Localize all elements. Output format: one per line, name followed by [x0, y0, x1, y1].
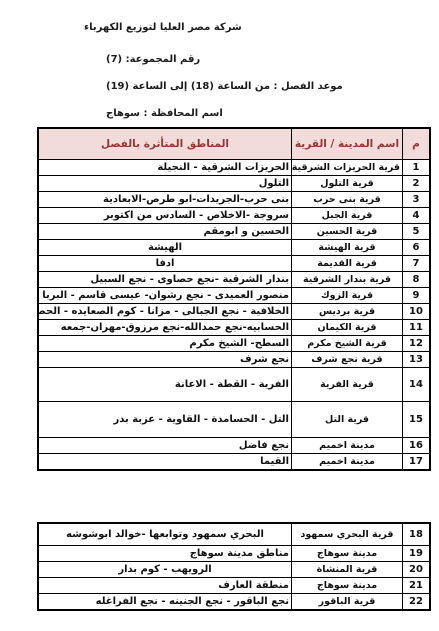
- column-header-affected-areas: المناطق المتأثرة بالفصل: [38, 128, 292, 160]
- affected-areas-cell: الرويهب - كوم بدار: [38, 562, 292, 578]
- table-row: 19مدينة سوهاجمناطق مدينة سوهاج: [38, 546, 430, 562]
- table-row: 6قرية الهيشةالهيشة: [38, 240, 430, 256]
- document-header: شركة مصر العليا لتوزيع الكهرباء رقم المج…: [0, 0, 439, 119]
- table-row: 15قرية التلالتل - الحسامدة - القاوية - ع…: [38, 402, 430, 438]
- affected-areas-cell: السطح- الشيخ مكرم: [38, 336, 292, 352]
- city-name-cell: قرية بنى حرب: [292, 192, 403, 208]
- outage-table-continued: 18قرية البحري سمهودالبحري سمهود وتوابعها…: [37, 522, 431, 611]
- table-row: 8قرية بندار الشرقيةبندار الشرقية -نجع حص…: [38, 272, 430, 288]
- city-name-cell: قرية الشيخ مكرم: [292, 336, 403, 352]
- table-row: 13قرية نجع شرفنجع شرف: [38, 352, 430, 368]
- city-name-cell: قرية الكيمان: [292, 320, 403, 336]
- row-number-cell: 4: [403, 208, 431, 224]
- table-row: 12قرية الشيخ مكرمالسطح- الشيخ مكرم: [38, 336, 430, 352]
- affected-areas-cell: منطقة العارف: [38, 578, 292, 594]
- table-row: 14قرية الفريةالفرية - القطة - الاعانة: [38, 368, 430, 402]
- row-number-cell: 8: [403, 272, 431, 288]
- table-row: 2قرية التلولالتلول: [38, 176, 430, 192]
- group-number-line: رقم المجموعة: (7): [106, 54, 439, 65]
- city-name-cell: قرية الفرية: [292, 368, 403, 402]
- table-row: 16مدينة اخميمنجع فاضل: [38, 438, 430, 454]
- table-row: 5قرية الحسينالحسين و ابومقم: [38, 224, 430, 240]
- affected-areas-cell: الحسابيه-نجع حمدالله-نجع مرزوق-مهران-جمع…: [38, 320, 292, 336]
- governorate-line: اسم المحافظة : سوهاج: [106, 108, 439, 119]
- affected-areas-cell: القيما: [38, 454, 292, 470]
- table-row: 7قرية القديمةادفا: [38, 256, 430, 272]
- outage-table-body: 1قرية الحريزات الشرقيةالحريزات الشرقية -…: [38, 160, 430, 470]
- table-row: 9قرية الزوكمنصور العميدى - نجع رشوان- عي…: [38, 288, 430, 304]
- affected-areas-cell: الهيشة: [38, 240, 292, 256]
- city-name-cell: قرية الحريزات الشرقية: [292, 160, 403, 176]
- row-number-cell: 15: [403, 402, 431, 438]
- affected-areas-cell: التل - الحسامدة - القاوية - عزبة بدر: [38, 402, 292, 438]
- row-number-cell: 19: [403, 546, 431, 562]
- column-header-city-village: اسم المدينة / القرية: [292, 128, 403, 160]
- outage-table-header: م اسم المدينة / القرية المناطق المتأثرة …: [38, 128, 430, 160]
- table-row: 17مدينة اخميمالقيما: [38, 454, 430, 470]
- affected-areas-cell: البحري سمهود وتوابعها -خوالد ابوشوشه: [38, 523, 292, 546]
- header-row: م اسم المدينة / القرية المناطق المتأثرة …: [38, 128, 430, 160]
- row-number-cell: 18: [403, 523, 431, 546]
- affected-areas-cell: نجع شرف: [38, 352, 292, 368]
- outage-time-line: موعد الفصل : من الساعة (18) إلى الساعة (…: [106, 81, 439, 92]
- table-row: 3قرية بنى حرببنى حرب-الجريدات-ابو طرص-ال…: [38, 192, 430, 208]
- table-row: 22قرية الباقورنجع الباقور - نجع الجنينه …: [38, 594, 430, 610]
- row-number-cell: 7: [403, 256, 431, 272]
- affected-areas-cell: بندار الشرقية -نجع حصاوى - نجع السبيل: [38, 272, 292, 288]
- row-number-cell: 13: [403, 352, 431, 368]
- affected-areas-cell: الخلافية - نجع الجبالى - مزانا - كوم الص…: [38, 304, 292, 320]
- row-number-cell: 2: [403, 176, 431, 192]
- affected-areas-cell: مناطق مدينة سوهاج: [38, 546, 292, 562]
- row-number-cell: 10: [403, 304, 431, 320]
- city-name-cell: قرية القديمة: [292, 256, 403, 272]
- affected-areas-cell: منصور العميدى - نجع رشوان- عيسى قاسم - ا…: [38, 288, 292, 304]
- affected-areas-cell: الحسين و ابومقم: [38, 224, 292, 240]
- row-number-cell: 22: [403, 594, 431, 610]
- city-name-cell: قرية التلول: [292, 176, 403, 192]
- city-name-cell: قرية الجبل: [292, 208, 403, 224]
- row-number-cell: 1: [403, 160, 431, 176]
- row-number-cell: 3: [403, 192, 431, 208]
- city-name-cell: قرية الهيشة: [292, 240, 403, 256]
- affected-areas-cell: بنى حرب-الجريدات-ابو طرص-الابعادية: [38, 192, 292, 208]
- row-number-cell: 6: [403, 240, 431, 256]
- city-name-cell: قرية الباقور: [292, 594, 403, 610]
- affected-areas-cell: الفرية - القطة - الاعانة: [38, 368, 292, 402]
- city-name-cell: قرية الزوك: [292, 288, 403, 304]
- company-name: شركة مصر العليا لتوزيع الكهرباء: [84, 22, 439, 33]
- table-row: 18قرية البحري سمهودالبحري سمهود وتوابعها…: [38, 523, 430, 546]
- table-row: 10قرية برديسالخلافية - نجع الجبالى - مزا…: [38, 304, 430, 320]
- city-name-cell: قرية برديس: [292, 304, 403, 320]
- outage-table-main: م اسم المدينة / القرية المناطق المتأثرة …: [37, 127, 431, 471]
- city-name-cell: قرية بندار الشرقية: [292, 272, 403, 288]
- affected-areas-cell: ادفا: [38, 256, 292, 272]
- row-number-cell: 12: [403, 336, 431, 352]
- city-name-cell: مدينة اخميم: [292, 454, 403, 470]
- row-number-cell: 5: [403, 224, 431, 240]
- city-name-cell: قرية نجع شرف: [292, 352, 403, 368]
- table-row: 21مدينة سوهاجمنطقة العارف: [38, 578, 430, 594]
- affected-areas-cell: الحريزات الشرقية - النجيلة: [38, 160, 292, 176]
- column-header-number: م: [403, 128, 431, 160]
- city-name-cell: قرية التل: [292, 402, 403, 438]
- city-name-cell: قرية المنشاة: [292, 562, 403, 578]
- affected-areas-cell: نجع الباقور - نجع الجنينه - نجع الفراغله: [38, 594, 292, 610]
- table-row: 20قرية المنشاةالرويهب - كوم بدار: [38, 562, 430, 578]
- row-number-cell: 17: [403, 454, 431, 470]
- city-name-cell: قرية الحسين: [292, 224, 403, 240]
- table-row: 1قرية الحريزات الشرقيةالحريزات الشرقية -…: [38, 160, 430, 176]
- outage-table-continued-body: 18قرية البحري سمهودالبحري سمهود وتوابعها…: [38, 523, 430, 610]
- row-number-cell: 14: [403, 368, 431, 402]
- city-name-cell: قرية البحري سمهود: [292, 523, 403, 546]
- row-number-cell: 20: [403, 562, 431, 578]
- row-number-cell: 21: [403, 578, 431, 594]
- row-number-cell: 16: [403, 438, 431, 454]
- document-page: شركة مصر العليا لتوزيع الكهرباء رقم المج…: [0, 0, 439, 631]
- table-row: 4قرية الجبلسروجة -الاخلاص - السادس من اك…: [38, 208, 430, 224]
- city-name-cell: مدينة سوهاج: [292, 578, 403, 594]
- affected-areas-cell: التلول: [38, 176, 292, 192]
- table-row: 11قرية الكيمانالحسابيه-نجع حمدالله-نجع م…: [38, 320, 430, 336]
- row-number-cell: 11: [403, 320, 431, 336]
- city-name-cell: مدينة سوهاج: [292, 546, 403, 562]
- city-name-cell: مدينة اخميم: [292, 438, 403, 454]
- affected-areas-cell: نجع فاضل: [38, 438, 292, 454]
- row-number-cell: 9: [403, 288, 431, 304]
- affected-areas-cell: سروجة -الاخلاص - السادس من اكتوبر: [38, 208, 292, 224]
